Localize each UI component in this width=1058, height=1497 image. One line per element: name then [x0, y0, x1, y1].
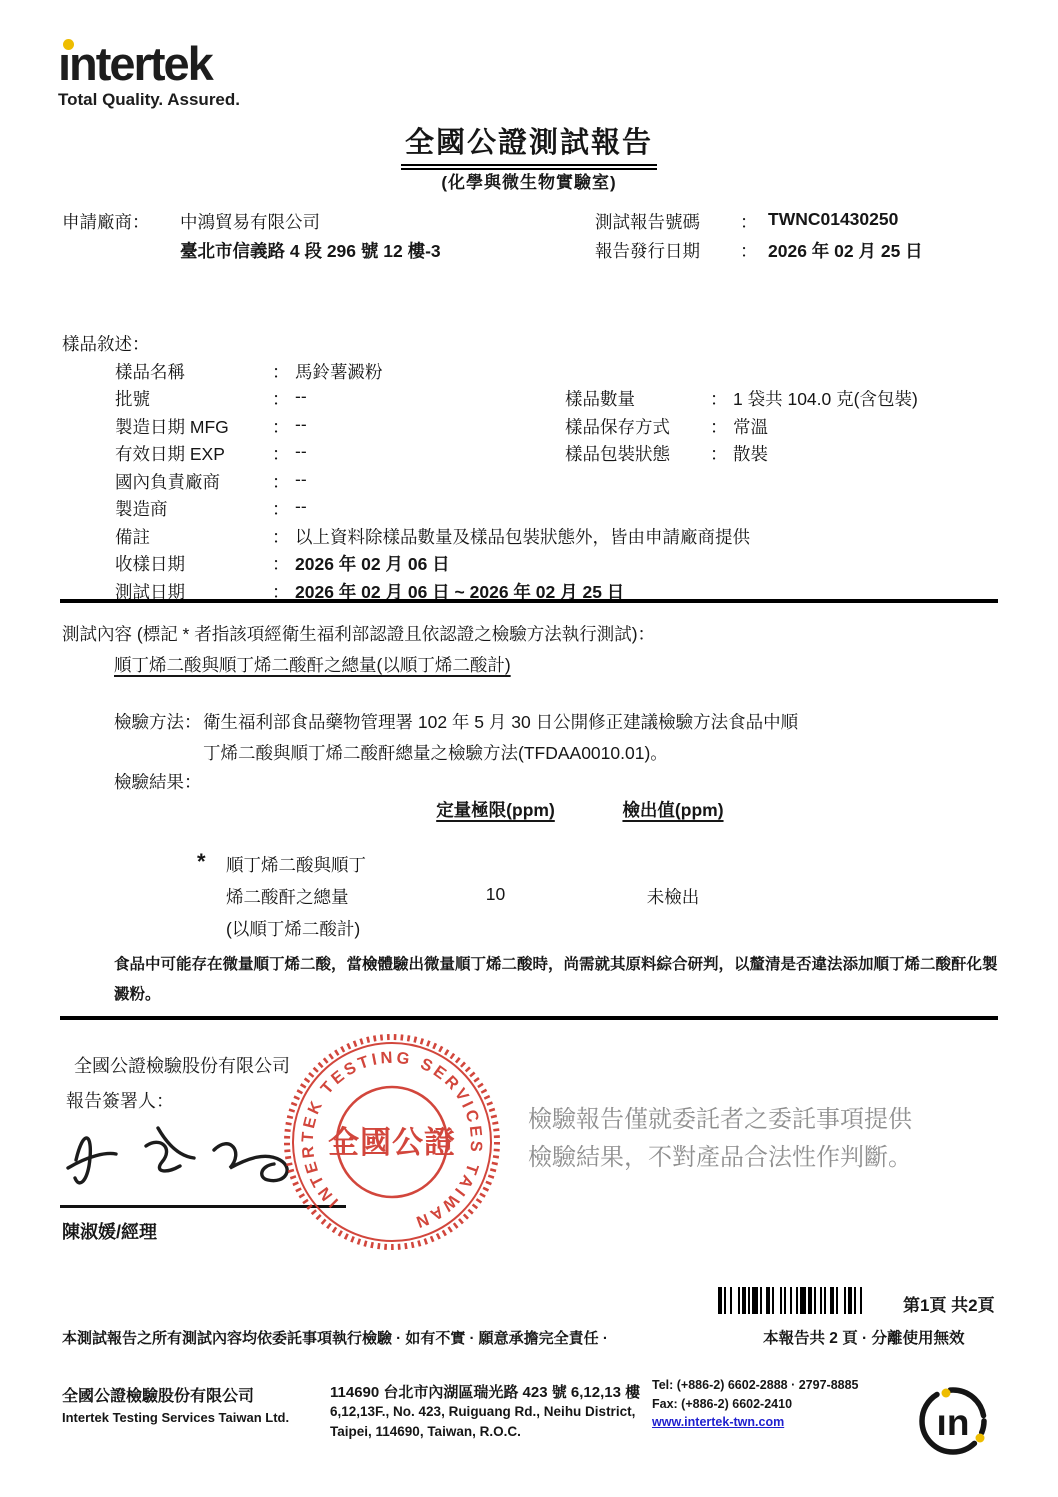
intertek-wordmark: ıntertek: [58, 37, 212, 90]
field-value: 1 袋共 104.0 克(含包裝): [733, 386, 918, 411]
field-colon: ：: [272, 386, 290, 411]
svg-text:ın: ın: [937, 1402, 970, 1443]
field-colon: ：: [272, 441, 290, 466]
issue-date-colon: ：: [740, 238, 758, 263]
field-colon: ：: [272, 551, 290, 576]
report-no-value: TWNC01430250: [768, 209, 898, 230]
field-value: 2026 年 02 月 06 日: [295, 551, 450, 576]
section-divider: [60, 1016, 998, 1020]
field-value: --: [295, 386, 307, 407]
field-label: 樣品名稱: [115, 359, 185, 384]
method-line2: 丁烯二酸與順丁烯二酸酐總量之檢驗方法(TFDAA0010.01)。: [203, 740, 668, 765]
field-colon: ：: [710, 414, 728, 439]
intertek-tagline: Total Quality. Assured.: [58, 90, 240, 110]
applicant-name: 中鴻貿易有限公司: [180, 209, 320, 234]
column-header-result: 檢出值(ppm): [598, 797, 748, 822]
field-colon: ：: [710, 386, 728, 411]
scope-disclaimer-line2: 檢驗結果，不對產品合法性作判斷。: [528, 1140, 912, 1178]
field-colon: ：: [272, 524, 290, 549]
issue-date-value: 2026 年 02 月 25 日: [768, 238, 923, 263]
issue-date-label: 報告發行日期: [595, 238, 700, 263]
analyte-title: 順丁烯二酸與順丁烯二酸酐之總量(以順丁烯二酸計): [114, 652, 511, 677]
field-value: --: [295, 414, 307, 435]
signing-company: 全國公證檢驗股份有限公司: [74, 1052, 290, 1078]
field-label: 製造商: [115, 496, 168, 521]
field-label: 有效日期 EXP: [115, 441, 225, 466]
field-label: 收樣日期: [115, 551, 185, 576]
applicant-label: 申請廠商：: [62, 209, 150, 234]
field-label: 批號: [115, 386, 150, 411]
sample-section-title: 樣品敘述：: [62, 331, 150, 356]
footer-company-zh: 全國公證檢驗股份有限公司: [62, 1383, 254, 1406]
method-line1: 衛生福利部食品藥物管理署 102 年 5 月 30 日公開修正建議檢驗方法食品中…: [203, 709, 798, 734]
stamp-center-text: 全國公證: [328, 1125, 456, 1160]
certified-marker: *: [197, 849, 206, 875]
footer-address-zh: 114690 台北市內湖區瑞光路 423 號 6,12,13 樓: [330, 1381, 640, 1402]
scope-disclaimer: 檢驗報告僅就委託者之委託事項提供 檢驗結果，不對產品合法性作判斷。: [528, 1102, 912, 1178]
field-label: 國內負責廠商: [115, 469, 220, 494]
intertek-logo: ıntertek Total Quality. Assured.: [58, 40, 240, 110]
field-colon: ：: [710, 441, 728, 466]
analyte-line: 順丁烯二酸與順丁: [226, 852, 366, 877]
field-label: 製造日期 MFG: [115, 414, 229, 439]
field-value: 馬鈴薯澱粉: [295, 359, 383, 384]
intertek-logo-text: ıntertek: [58, 40, 240, 87]
field-label: 樣品保存方式: [565, 414, 670, 439]
field-colon: ：: [272, 359, 290, 384]
footer-address-en2: Taipei, 114690, Taiwan, R.O.C.: [330, 1424, 521, 1439]
field-label: 樣品包裝狀態: [565, 441, 670, 466]
result-note: 食品中可能存在微量順丁烯二酸，當檢體驗出微量順丁烯二酸時，尚需就其原料綜合研判，…: [114, 950, 1002, 1010]
field-value: 常溫: [733, 414, 768, 439]
applicant-address: 臺北市信義路 4 段 296 號 12 樓-3: [180, 238, 441, 263]
pages-validity-note: 本報告共 2 頁 · 分離使用無效: [763, 1326, 965, 1348]
result-label: 檢驗結果：: [114, 769, 202, 794]
field-value: 散裝: [733, 441, 768, 466]
barcode: [718, 1287, 894, 1314]
field-colon: ：: [272, 414, 290, 439]
field-value: --: [295, 469, 307, 490]
report-page: ıntertek Total Quality. Assured. 全國公證測試報…: [0, 0, 1058, 1497]
footer-tel: Tel: (+886-2) 6602-2888 · 2797-8885: [652, 1378, 859, 1392]
field-value: --: [295, 441, 307, 462]
report-no-label: 測試報告號碼: [595, 209, 700, 234]
field-colon: ：: [272, 496, 290, 521]
footer-company-en: Intertek Testing Services Taiwan Ltd.: [62, 1410, 289, 1425]
analyte-line: 烯二酸酐之總量: [226, 884, 349, 909]
page-number: 第1頁 共2頁: [903, 1291, 995, 1316]
footer-address-en1: 6,12,13F., No. 423, Ruiguang Rd., Neihu …: [330, 1404, 635, 1419]
signature-handwriting: [62, 1108, 317, 1203]
intertek-in-roundel-icon: ın: [912, 1380, 994, 1462]
intertek-logo-dot-icon: [63, 39, 74, 50]
scope-disclaimer-line1: 檢驗報告僅就委託者之委託事項提供: [528, 1102, 912, 1140]
field-value: --: [295, 496, 307, 517]
field-label: 備註: [115, 524, 150, 549]
page-subtitle: (化學與微生物實驗室): [0, 168, 1058, 193]
report-no-colon: ：: [740, 209, 758, 234]
footer-fax: Fax: (+886-2) 6602-2410: [652, 1397, 792, 1411]
field-label: 樣品數量: [565, 386, 635, 411]
section-divider: [60, 599, 998, 603]
test-content-heading: 測試內容 (標記 * 者指該項經衛生福利部認證且依認證之檢驗方法執行測試)：: [62, 621, 655, 646]
page-title: 全國公證測試報告: [401, 120, 657, 170]
field-value: 以上資料除樣品數量及樣品包裝狀態外，皆由申請廠商提供: [295, 524, 750, 549]
result-value: 未檢出: [598, 884, 748, 909]
analyte-line: (以順丁烯二酸計): [226, 916, 360, 941]
column-header-loq: 定量極限(ppm): [418, 797, 573, 822]
field-colon: ：: [272, 469, 290, 494]
responsibility-note: 本測試報告之所有測試內容均依委託事項執行檢驗 · 如有不實 · 願意承擔完全責任…: [62, 1327, 608, 1348]
company-stamp-seal: INTERTEK TESTING SERVICES TAIWAN LTD. 全國…: [281, 1031, 503, 1253]
signer-name-title: 陳淑媛/經理: [62, 1218, 157, 1244]
footer-website-link[interactable]: www.intertek-twn.com: [652, 1415, 784, 1429]
loq-value: 10: [418, 884, 573, 905]
method-label: 檢驗方法：: [114, 709, 202, 734]
title-row: 全國公證測試報告: [0, 120, 1058, 170]
